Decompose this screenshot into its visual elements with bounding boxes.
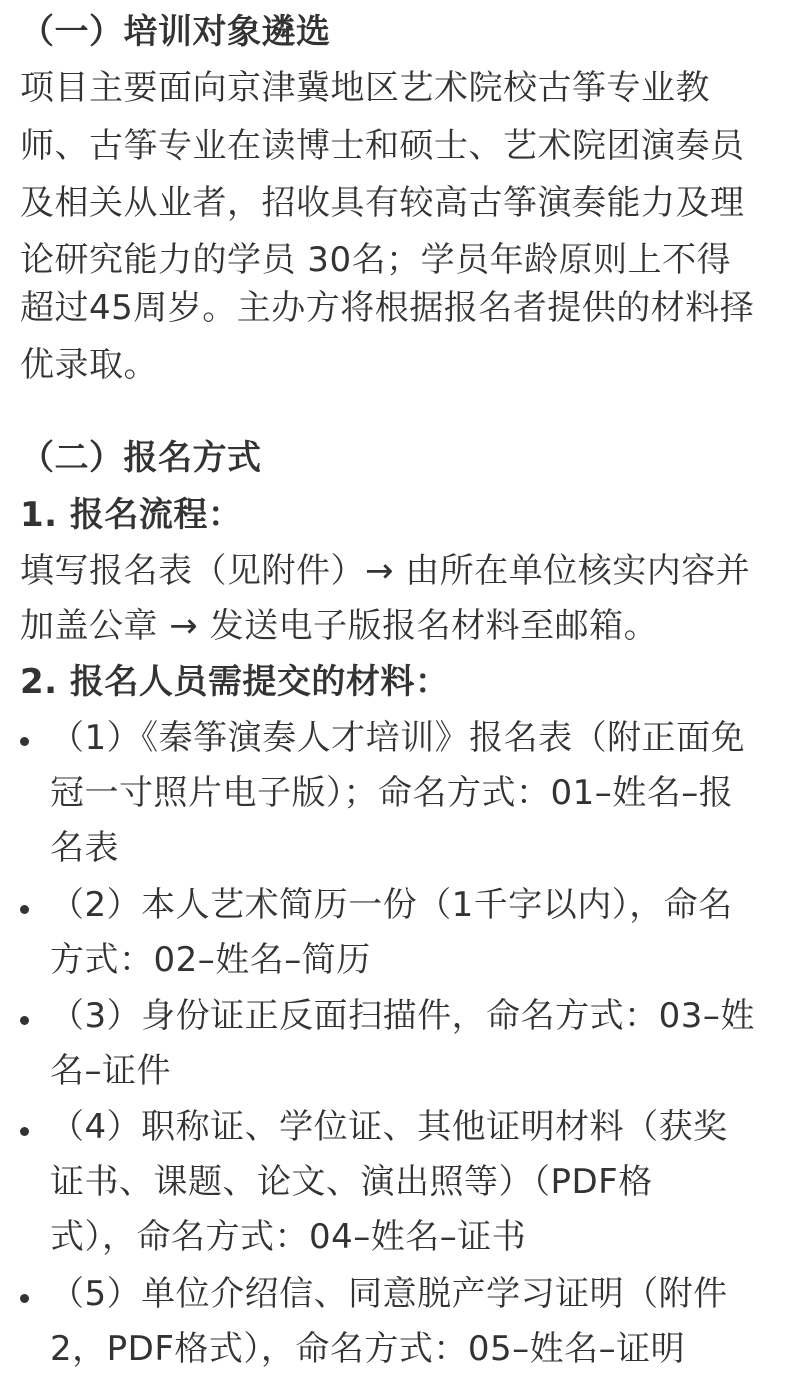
list-item-line: 名表 <box>50 820 119 876</box>
list-item-line: （4）职称证、学位证、其他证明材料（获奖 <box>50 1099 728 1155</box>
list-item-line: （3）身份证正反面扫描件，命名方式：03–姓 <box>50 988 755 1044</box>
list-item-line: 2，PDF格式），命名方式：05–姓名–证明 <box>50 1321 685 1377</box>
paragraph-line: 超过45周岁。主办方将根据报名者提供的材料择 <box>20 280 754 336</box>
list-item-line: 证书、课题、论文、演出照等）（PDF格 <box>50 1154 653 1210</box>
step-title-2: 2. 报名人员需提交的材料： <box>20 654 449 710</box>
bullet-icon <box>20 1294 29 1303</box>
step-title-1: 1. 报名流程： <box>20 487 242 543</box>
bullet-icon <box>20 1016 29 1025</box>
paragraph-line: 项目主要面向京津冀地区艺术院校古筝专业教 <box>20 60 710 116</box>
list-item-line: 名–证件 <box>50 1043 171 1099</box>
list-item-line: 方式：02–姓名–简历 <box>50 932 371 988</box>
list-item-line: （5）单位介绍信、同意脱产学习证明（附件 <box>50 1266 728 1322</box>
paragraph-line: 及相关从业者，招收具有较高古筝演奏能力及理 <box>20 175 745 231</box>
paragraph-line: 优录取。 <box>20 337 158 393</box>
section-heading-1: （一）培训对象遴选 <box>20 4 331 60</box>
section-heading-2: （二）报名方式 <box>20 430 262 486</box>
list-item-line: （1）《秦筝演奏人才培训》报名表（附正面免 <box>50 710 745 766</box>
list-item-line: 冠一寸照片电子版）；命名方式：01–姓名–报 <box>50 765 733 821</box>
bullet-icon <box>20 905 29 914</box>
document: （一）培训对象遴选 项目主要面向京津冀地区艺术院校古筝专业教 师、古筝专业在读博… <box>0 0 800 1379</box>
paragraph-line: 师、古筝专业在读博士和硕士、艺术院团演奏员 <box>20 118 745 174</box>
list-item-line: （2）本人艺术简历一份（1千字以内），命名 <box>50 877 733 933</box>
step-line: 填写报名表（见附件）→ 由所在单位核实内容并 <box>20 543 750 599</box>
bullet-icon <box>20 1127 29 1136</box>
step-line: 加盖公章 → 发送电子版报名材料至邮箱。 <box>20 598 658 654</box>
bullet-icon <box>20 737 29 746</box>
list-item-line: 式），命名方式：04–姓名–证书 <box>50 1209 526 1265</box>
